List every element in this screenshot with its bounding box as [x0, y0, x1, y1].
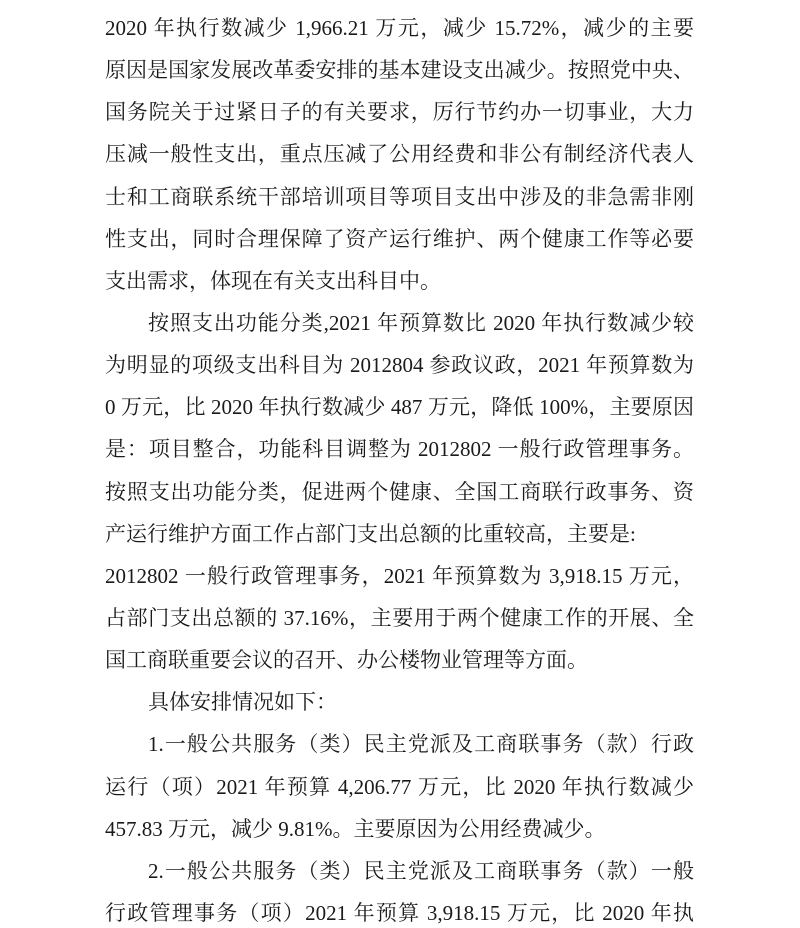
text-line: 产运行维护方面工作占部门支出总额的比重较高，主要是: — [105, 513, 694, 555]
document-page: 2020 年执行数减少 1,966.21 万元，减少 15.72%，减少的主要原… — [0, 0, 800, 928]
text-line: 为明显的项级支出科目为 2012804 参政议政，2021 年预算数为 — [105, 344, 694, 386]
text-line: 压减一般性支出，重点压减了公用经费和非公有制经济代表人 — [105, 133, 694, 175]
text-line: 具体安排情况如下： — [105, 681, 694, 723]
text-line: 按照支出功能分类，促进两个健康、全国工商联行政事务、资 — [105, 471, 694, 513]
text-line: 行政管理事务（项）2021 年预算 3,918.15 万元，比 2020 年执 — [105, 892, 694, 928]
text-line: 按照支出功能分类,2021 年预算数比 2020 年执行数减少较 — [105, 302, 694, 344]
text-line: 原因是国家发展改革委安排的基本建设支出减少。按照党中央、 — [105, 49, 694, 91]
text-line: 457.83 万元，减少 9.81%。主要原因为公用经费减少。 — [105, 808, 694, 850]
body-text-block: 2020 年执行数减少 1,966.21 万元，减少 15.72%，减少的主要原… — [105, 7, 694, 928]
text-line: 运行（项）2021 年预算 4,206.77 万元，比 2020 年执行数减少 — [105, 766, 694, 808]
text-line: 2020 年执行数减少 1,966.21 万元，减少 15.72%，减少的主要 — [105, 7, 694, 49]
text-line: 性支出，同时合理保障了资产运行维护、两个健康工作等必要 — [105, 218, 694, 260]
text-line: 2012802 一般行政管理事务，2021 年预算数为 3,918.15 万元， — [105, 555, 694, 597]
text-line: 占部门支出总额的 37.16%，主要用于两个健康工作的开展、全 — [105, 597, 694, 639]
text-line: 支出需求，体现在有关支出科目中。 — [105, 260, 694, 302]
text-line: 国务院关于过紧日子的有关要求，厉行节约办一切事业，大力 — [105, 91, 694, 133]
text-line: 是：项目整合，功能科目调整为 2012802 一般行政管理事务。 — [105, 428, 694, 470]
text-line: 士和工商联系统干部培训项目等项目支出中涉及的非急需非刚 — [105, 176, 694, 218]
text-line: 0 万元，比 2020 年执行数减少 487 万元，降低 100%，主要原因 — [105, 386, 694, 428]
text-line: 国工商联重要会议的召开、办公楼物业管理等方面。 — [105, 639, 694, 681]
text-line: 1.一般公共服务（类）民主党派及工商联事务（款）行政 — [105, 723, 694, 765]
text-line: 2.一般公共服务（类）民主党派及工商联事务（款）一般 — [105, 850, 694, 892]
